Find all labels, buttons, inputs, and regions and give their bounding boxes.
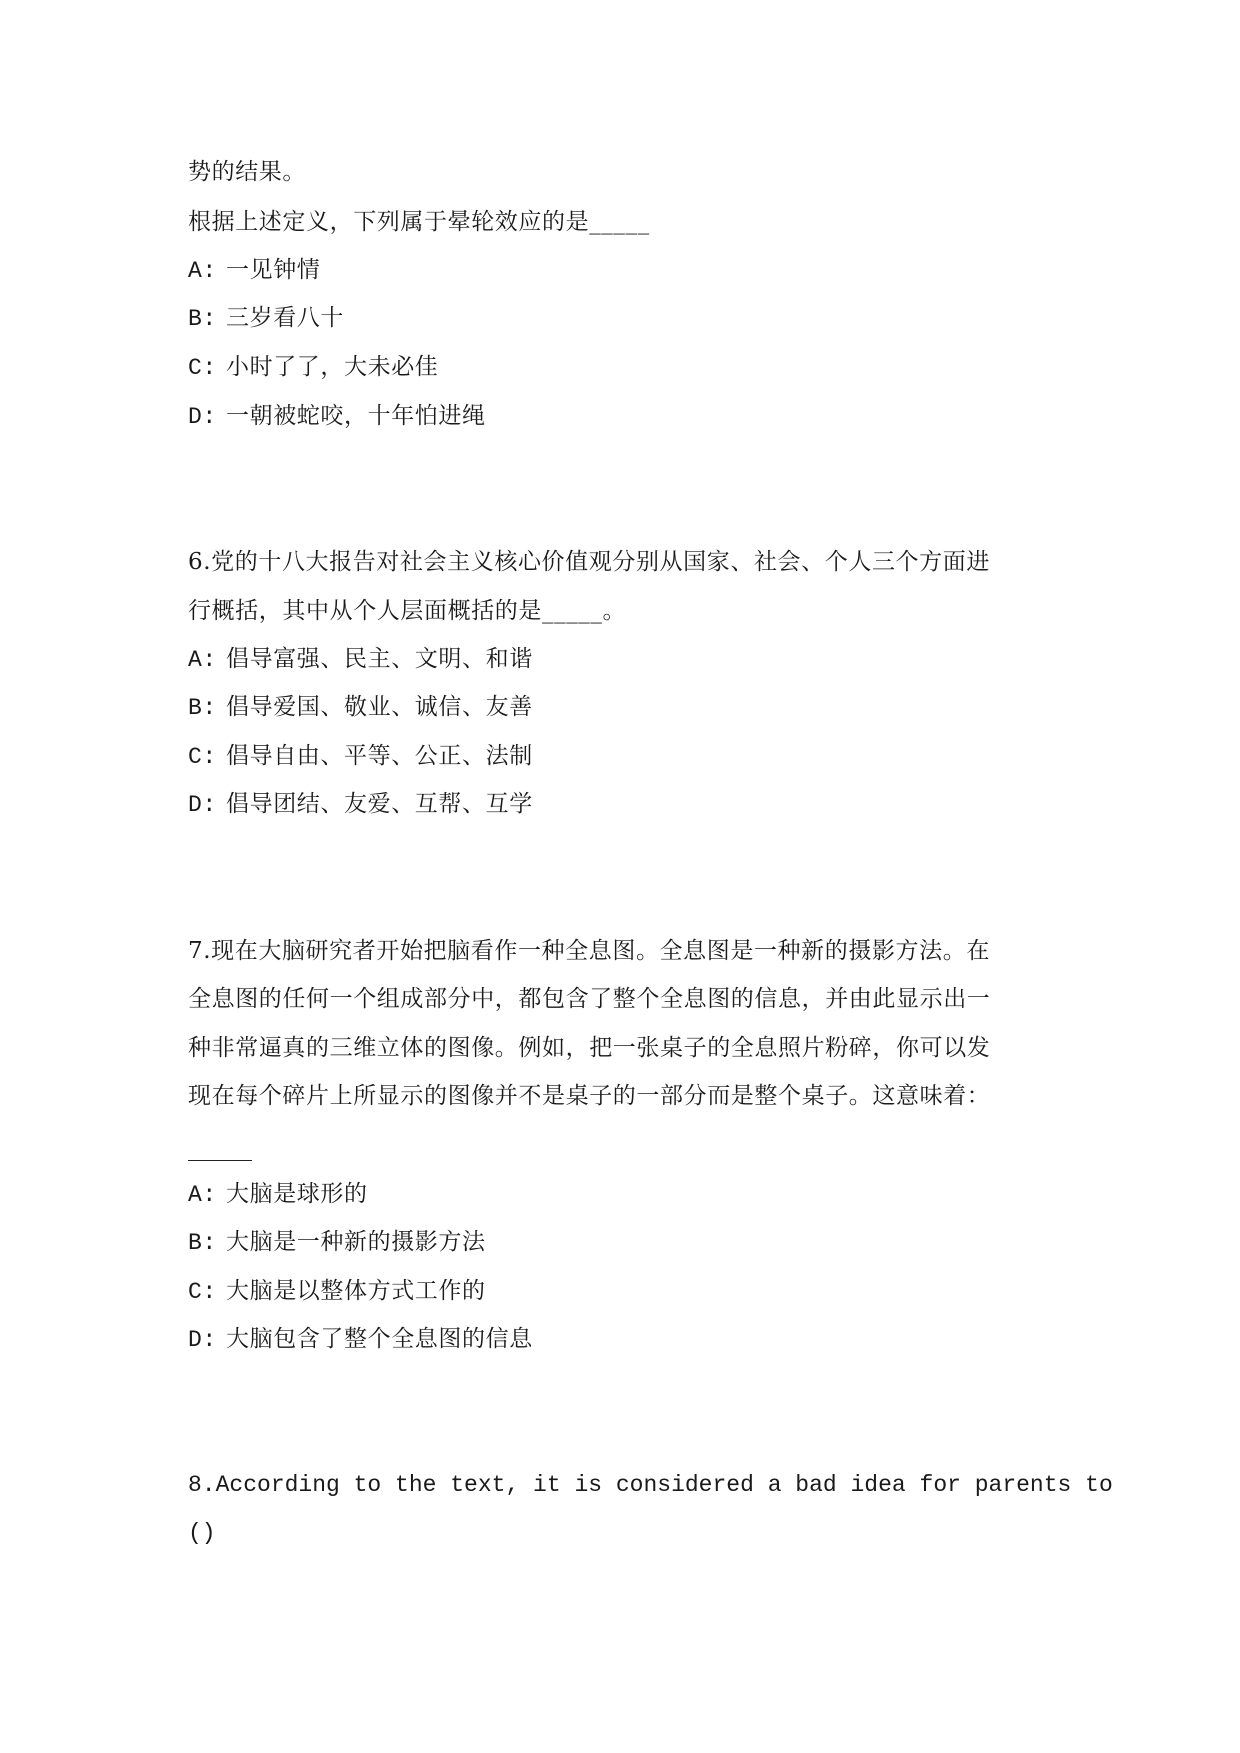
option-text: 倡导自由、平等、公正、法制	[226, 743, 533, 769]
option-letter: B:	[188, 1228, 226, 1258]
option-text: 大脑是一种新的摄影方法	[226, 1229, 486, 1255]
q6-text-line-1: 6.党的十八大报告对社会主义核心价值观分别从国家、社会、个人三个方面进	[188, 547, 990, 577]
q7-option-d: D:大脑包含了整个全息图的信息	[188, 1324, 533, 1354]
option-letter: C:	[188, 353, 226, 383]
q7-text-line-2: 全息图的任何一个组成部分中，都包含了整个全息图的信息，并由此显示出一	[188, 984, 990, 1014]
q7-answer-blank	[188, 1160, 252, 1161]
q7-text-line-3: 种非常逼真的三维立体的图像。例如，把一张桌子的全息照片粉碎，你可以发	[188, 1033, 990, 1063]
q6-option-c: C:倡导自由、平等、公正、法制	[188, 741, 533, 771]
option-text: 倡导爱国、敬业、诚信、友善	[226, 694, 533, 720]
option-letter: A:	[188, 645, 226, 675]
q7-text-line-4: 现在每个碎片上所显示的图像并不是桌子的一部分而是整个桌子。这意味着：	[188, 1081, 990, 1111]
q6-option-a: A:倡导富强、民主、文明、和谐	[188, 644, 533, 674]
q5-option-a: A:一见钟情	[188, 255, 320, 285]
q6-text-line-2: 行概括，其中从个人层面概括的是_____。	[188, 596, 626, 626]
option-text: 小时了了，大未必佳	[226, 354, 438, 380]
option-text: 一朝被蛇咬，十年怕进绳	[226, 403, 486, 429]
option-text: 倡导团结、友爱、互帮、互学	[226, 791, 533, 817]
q8-text-line-2: ()	[188, 1518, 216, 1548]
q6-option-d: D:倡导团结、友爱、互帮、互学	[188, 789, 533, 819]
option-text: 一见钟情	[226, 257, 320, 283]
q7-option-c: C:大脑是以整体方式工作的	[188, 1276, 486, 1306]
option-letter: A:	[188, 256, 226, 286]
option-letter: A:	[188, 1180, 226, 1210]
option-text: 大脑是球形的	[226, 1181, 368, 1207]
option-text: 倡导富强、民主、文明、和谐	[226, 646, 533, 672]
q6-option-b: B:倡导爱国、敬业、诚信、友善	[188, 692, 533, 722]
option-letter: B:	[188, 693, 226, 723]
q7-option-a: A:大脑是球形的	[188, 1179, 368, 1209]
q5-option-c: C:小时了了，大未必佳	[188, 352, 438, 382]
option-letter: D:	[188, 790, 226, 820]
option-letter: C:	[188, 742, 226, 772]
q5-tail-text: 势的结果。	[188, 157, 306, 187]
option-letter: D:	[188, 402, 226, 432]
option-letter: B:	[188, 304, 226, 334]
option-text: 三岁看八十	[226, 305, 344, 331]
q7-text-line-1: 7.现在大脑研究者开始把脑看作一种全息图。全息图是一种新的摄影方法。在	[188, 936, 990, 966]
q7-option-b: B:大脑是一种新的摄影方法	[188, 1227, 486, 1257]
option-letter: D:	[188, 1325, 226, 1355]
option-text: 大脑包含了整个全息图的信息	[226, 1326, 533, 1352]
option-text: 大脑是以整体方式工作的	[226, 1278, 486, 1304]
q5-prompt: 根据上述定义，下列属于晕轮效应的是_____	[188, 207, 650, 237]
q5-option-d: D:一朝被蛇咬，十年怕进绳	[188, 401, 486, 431]
q8-text-line-1: 8.According to the text, it is considere…	[188, 1470, 1113, 1500]
exam-page: 势的结果。 根据上述定义，下列属于晕轮效应的是_____ A:一见钟情 B:三岁…	[0, 0, 1240, 1753]
option-letter: C:	[188, 1277, 226, 1307]
q5-option-b: B:三岁看八十	[188, 303, 344, 333]
